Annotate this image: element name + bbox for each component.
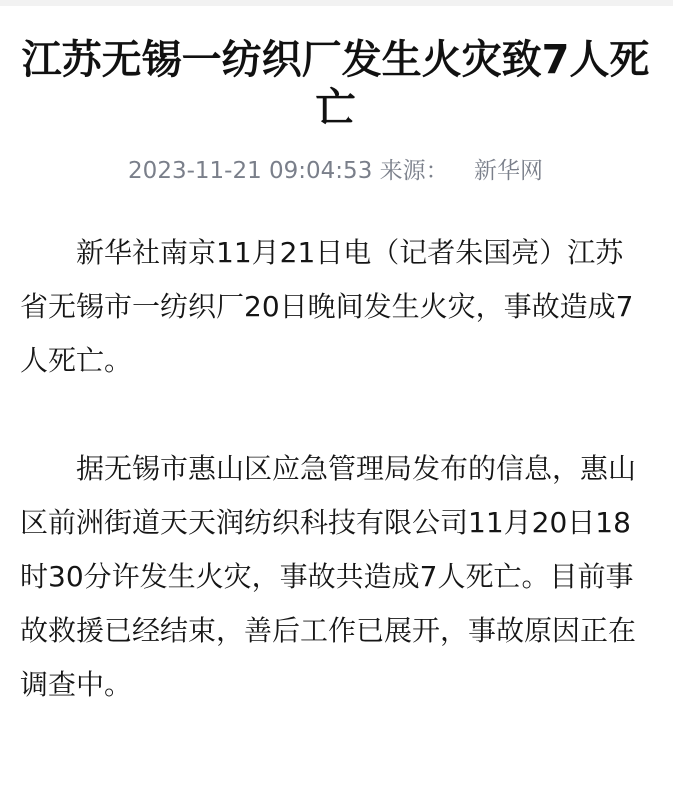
article-title: 江苏无锡一纺织厂发生火灾致7人死亡 <box>20 36 651 132</box>
top-bar <box>0 0 673 6</box>
source-label: 来源： <box>380 158 449 184</box>
paragraph: 据无锡市惠山区应急管理局发布的信息，惠山区前洲街道天天润纺织科技有限公司11月2… <box>20 442 651 712</box>
source-name: 新华网 <box>474 158 543 184</box>
paragraph: 新华社南京11月21日电（记者朱国亮）江苏省无锡市一纺织厂20日晚间发生火灾，事… <box>20 226 651 388</box>
publish-datetime: 2023-11-21 09:04:53 <box>128 158 372 184</box>
article-meta: 2023-11-21 09:04:53 来源： 新华网 <box>20 156 651 186</box>
article: 江苏无锡一纺织厂发生火灾致7人死亡 2023-11-21 09:04:53 来源… <box>0 36 673 712</box>
article-body: 新华社南京11月21日电（记者朱国亮）江苏省无锡市一纺织厂20日晚间发生火灾，事… <box>20 226 651 712</box>
